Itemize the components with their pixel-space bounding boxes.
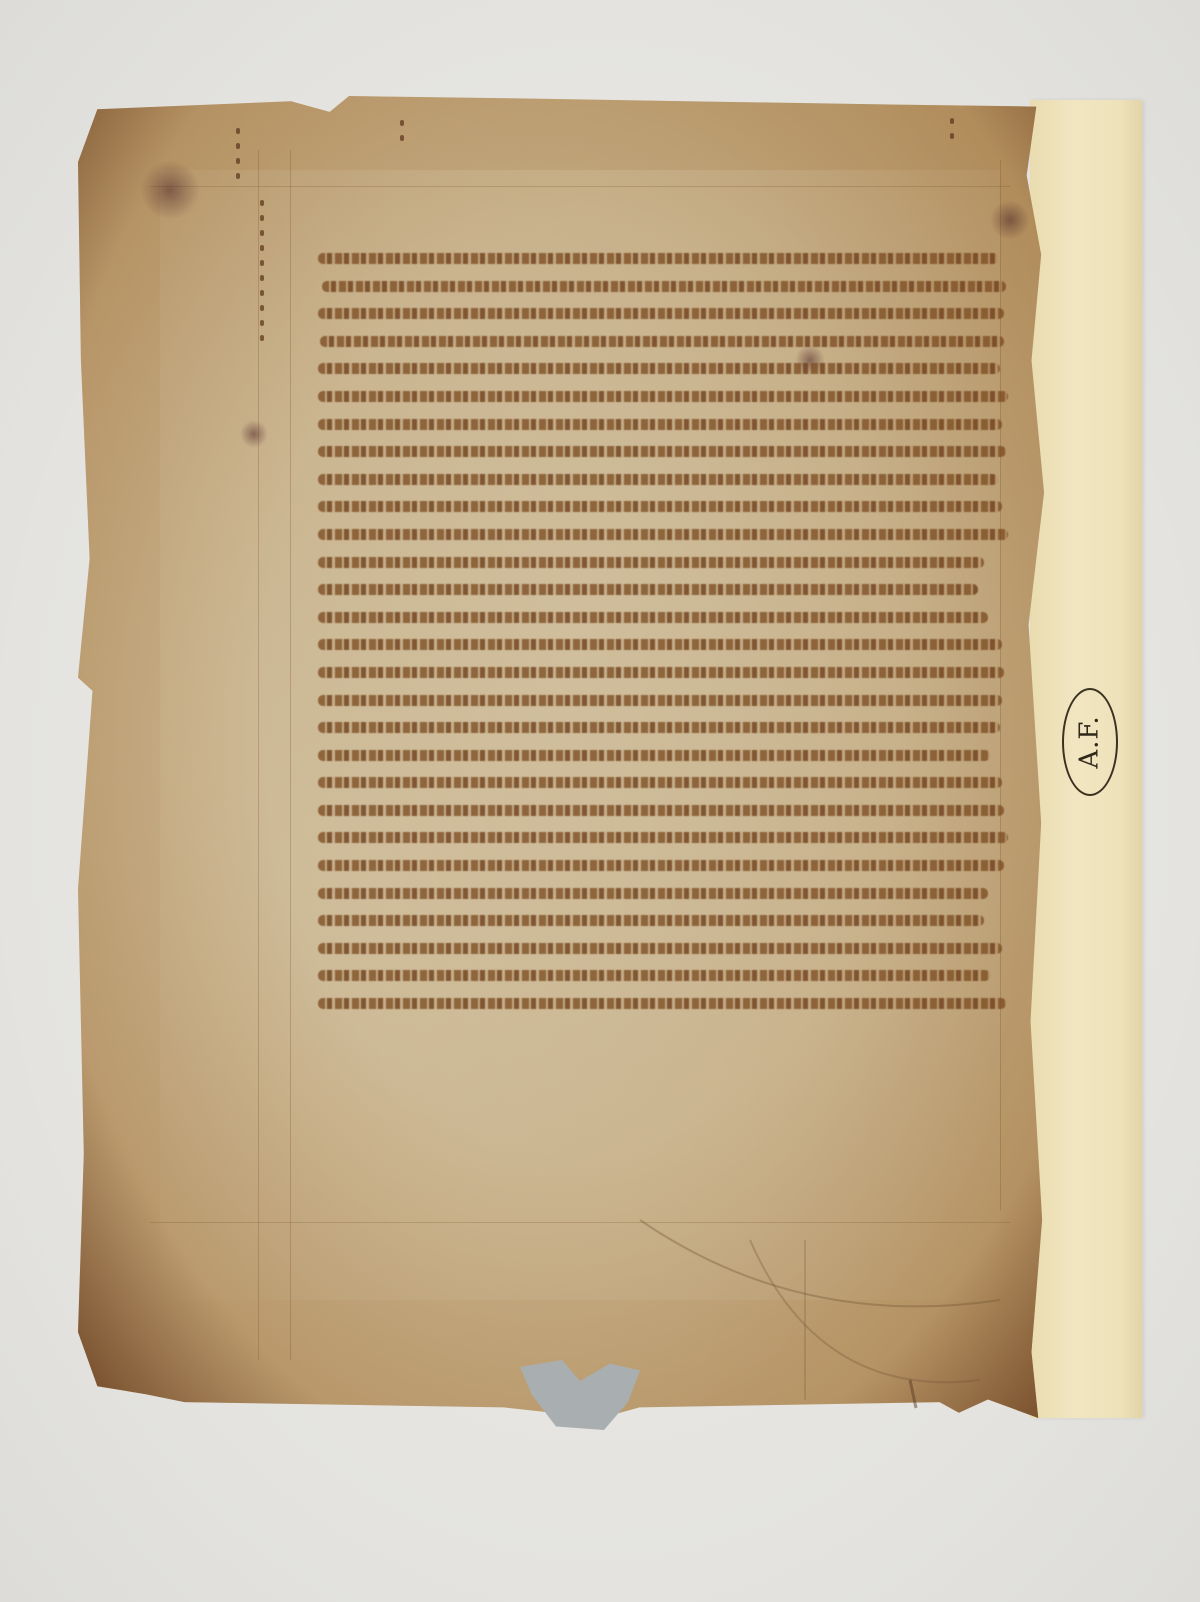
script-line (318, 715, 1008, 743)
script-line (318, 660, 1008, 688)
script-text-block (318, 246, 1008, 1019)
script-line (318, 577, 1008, 605)
script-line (318, 936, 1008, 964)
stain-spot (990, 200, 1030, 240)
script-line (318, 522, 1008, 550)
margin-ruling-line (290, 150, 291, 1360)
script-line (318, 494, 1008, 522)
script-line (318, 798, 1008, 826)
stain-spot (240, 420, 268, 448)
script-line (318, 274, 1008, 302)
script-line (318, 356, 1008, 384)
top-ruling-line (150, 186, 1010, 187)
shelfmark-label-text: A.F. (1075, 715, 1105, 768)
script-line (318, 329, 1008, 357)
margin-pricking (260, 200, 264, 350)
script-line (318, 743, 1008, 771)
script-line (318, 439, 1008, 467)
script-line (318, 246, 1008, 274)
margin-pricking (236, 128, 240, 188)
margin-pricking (400, 120, 404, 150)
script-line (318, 301, 1008, 329)
script-line (318, 605, 1008, 633)
script-line (318, 384, 1008, 412)
script-line (318, 908, 1008, 936)
script-line (318, 853, 1008, 881)
script-line (318, 991, 1008, 1019)
script-line (318, 632, 1008, 660)
script-line (318, 963, 1008, 991)
margin-ruling-line (258, 150, 259, 1360)
stain-spot (140, 160, 200, 220)
faint-geometric-drawing (600, 1180, 1020, 1410)
script-line (318, 688, 1008, 716)
script-line (318, 770, 1008, 798)
script-line (318, 412, 1008, 440)
script-line (318, 467, 1008, 495)
script-line (318, 550, 1008, 578)
script-line (318, 881, 1008, 909)
script-line (318, 825, 1008, 853)
shelfmark-label: A.F. (1062, 688, 1118, 796)
margin-pricking (950, 118, 954, 148)
